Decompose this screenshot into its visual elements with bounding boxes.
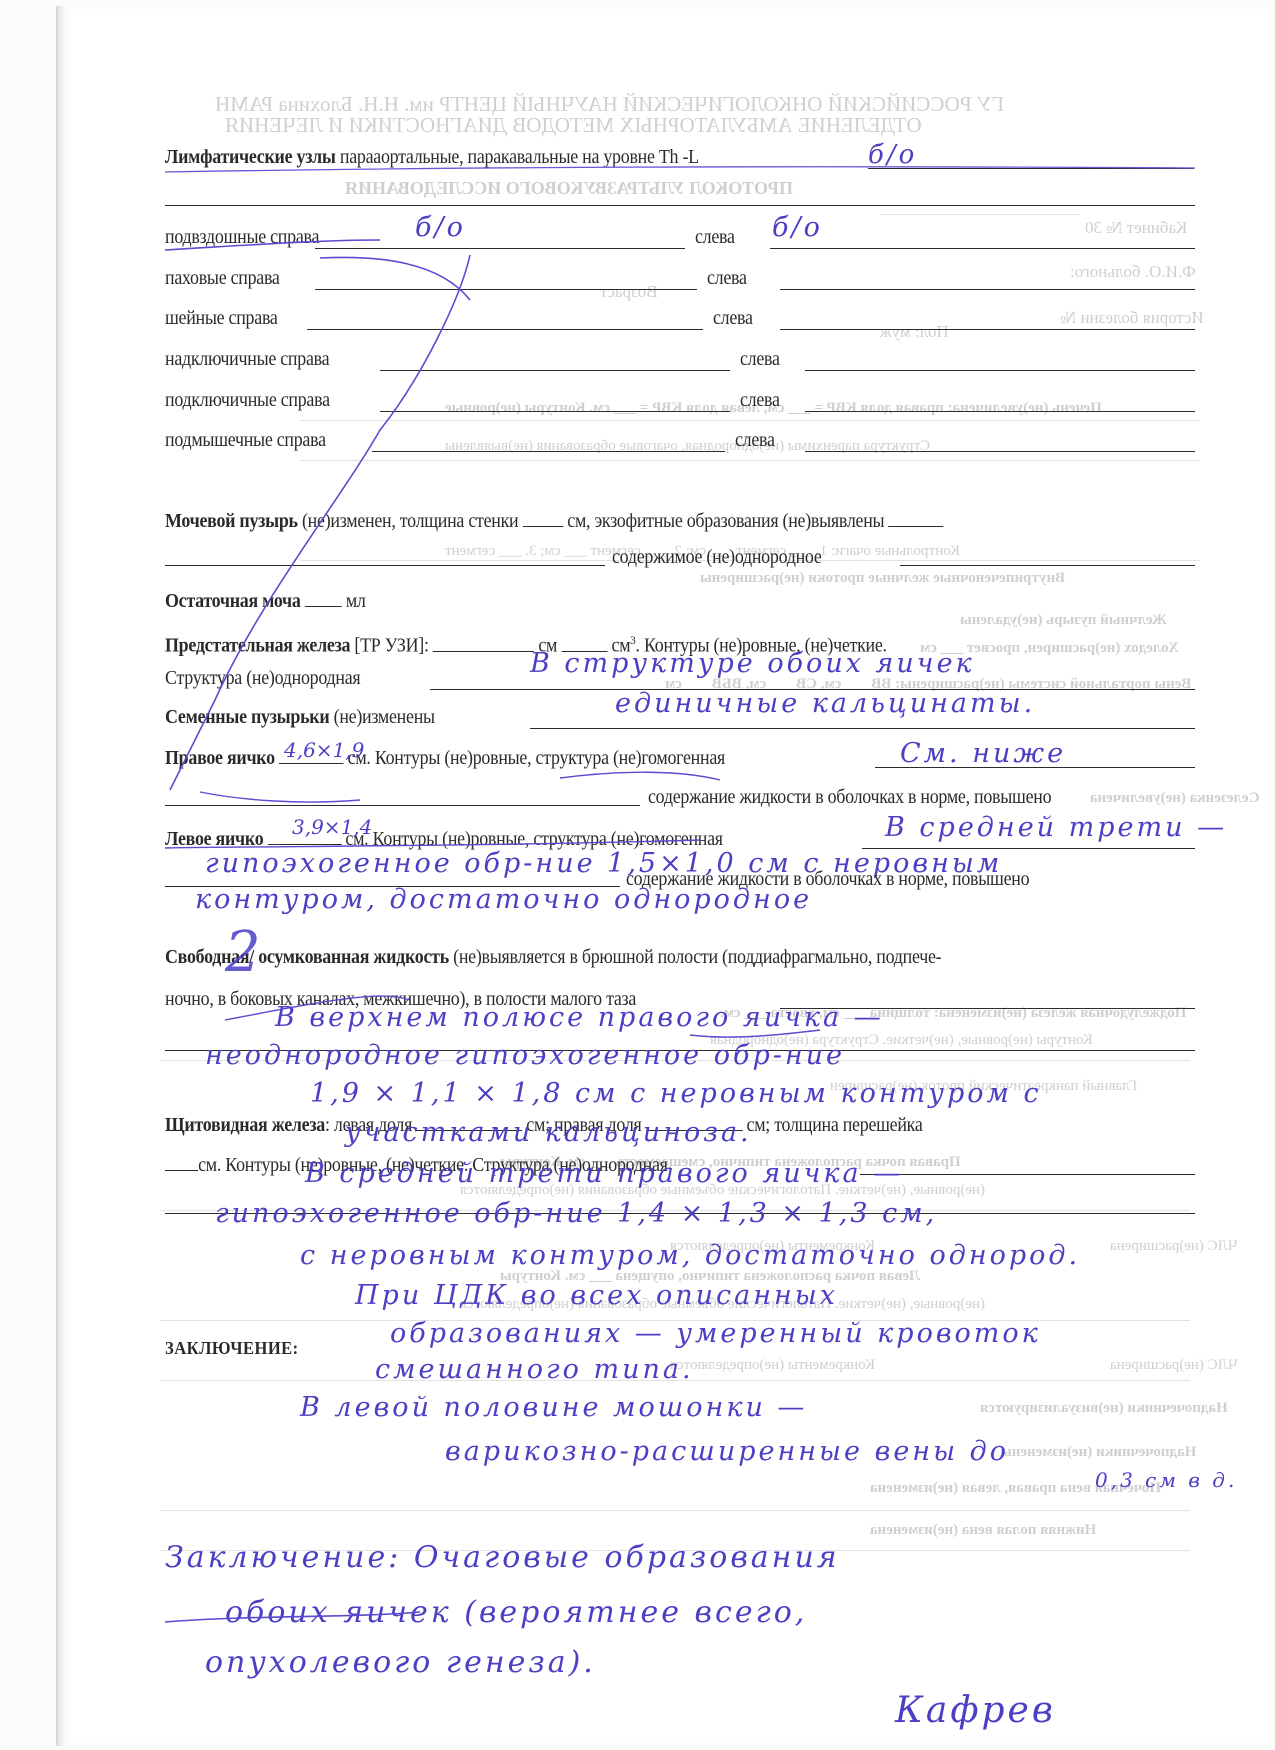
lymph-row: паховые справа [165, 267, 280, 291]
bleed-bile-ducts: Внутрипеченочные желчные протоки (не)рас… [700, 570, 1065, 587]
lymph-left-label: слева [707, 267, 747, 291]
lymph-left-field[interactable] [770, 248, 1195, 249]
lymph-nodes-text: парааортальные, паракавальные на уровне … [340, 147, 678, 168]
seminal-value: единичные кальцинаты. [615, 688, 1035, 719]
lymph-right-field[interactable] [315, 248, 685, 249]
handwritten-conclusion-line: обоих яичек (вероятнее всего, [225, 1595, 807, 1630]
bladder-row: Мочевой пузырь (не)изменен, толщина стен… [165, 508, 944, 534]
handwritten-line: В верхнем полюсе правого яичка — [275, 1002, 884, 1033]
handwritten-line: В средней трети правого яичка — [305, 1158, 903, 1189]
lymph-nodes-suffix: -L [682, 147, 698, 168]
structure-row: Структура (не)однородная [165, 667, 360, 691]
handwritten-conclusion-line: опухолевого генеза). [205, 1645, 596, 1680]
bladder-heading: Мочевой пузырь [165, 511, 298, 532]
right-testis-extra-field[interactable] [165, 805, 640, 806]
lymph-right-field[interactable] [315, 289, 697, 290]
left-testis-text: см. Контуры (не)ровные, структура (не)го… [345, 829, 722, 850]
thyroid-isthmus-field[interactable] [165, 1152, 198, 1171]
bleed-age: Возраст [600, 282, 658, 302]
lymph-left-field[interactable] [780, 289, 1195, 290]
lymph-left-field[interactable] [805, 451, 1195, 452]
lymph-row: подключичные справа [165, 389, 330, 413]
right-testis-value: См. ниже [900, 738, 1066, 769]
bleed-org-line2: ОТДЕЛЕНИЕ АМБУЛАТОРНЫХ МЕТОДОВ ДИАГНОСТИ… [225, 113, 922, 138]
bleed-parenchyma: Структура паренхимы (не)однородная, очаг… [445, 438, 930, 455]
lymph-left-label: слева [740, 348, 780, 372]
residual-urine-heading: Остаточная моча [165, 591, 301, 612]
thyroid-heading: Щитовидная железа [165, 1115, 325, 1136]
lymph-row-label: подключичные справа [165, 390, 330, 411]
lymph-level-value: б/о [868, 140, 917, 170]
lymph-nodes-heading: Лимфатические узлы [165, 147, 336, 168]
lymph-left-field[interactable] [780, 329, 1195, 330]
bleed-concrements-2: Конкременты (не)определяются [670, 1357, 875, 1374]
bleed-chls-1: ЧЛС (не)расширена [1110, 1238, 1238, 1255]
lymph-row-label: паховые справа [165, 268, 280, 289]
handwritten-line: В левой половине мошонки — [300, 1392, 807, 1423]
seminal-text: (не)изменены [334, 707, 435, 728]
residual-urine-field[interactable] [305, 588, 342, 607]
free-fluid-heading: Свободная/ осумкованная жидкость [165, 947, 449, 968]
handwritten-line: гипоэхогенное обр-ние 1,4 × 1,3 × 1,3 см… [215, 1198, 937, 1229]
lymph-row-label: шейные справа [165, 308, 278, 329]
handwritten-line: варикозно-расширенные вены до [445, 1436, 1009, 1467]
lymph-nodes-row: Лимфатические узлы парааортальные, парак… [165, 146, 699, 170]
prostate-size-field[interactable] [433, 633, 534, 652]
residual-urine-row: Остаточная моча мл [165, 588, 366, 614]
lymph-left-label: слева [695, 226, 735, 250]
right-testis-size: 4,6×1,9 [284, 738, 364, 762]
bleed-gallbladder: Желчный пузырь (не)удалены [960, 612, 1167, 629]
handwritten-conclusion-line: Заключение: Очаговые образования [165, 1540, 840, 1575]
right-testis-fluid: содержание жидкости в оболочках в норме,… [648, 786, 1051, 810]
left-testis-size: 3,9×1,4 [292, 815, 372, 839]
bleed-adrenal: Надпочечники (не)визуализируются [980, 1400, 1228, 1417]
prostate-heading: Предстательная железа [165, 636, 350, 657]
bleed-history: История болезни № [1060, 308, 1204, 328]
left-testis-heading: Левое яичко [165, 829, 263, 850]
handwritten-line: образованиях — умеренный кровоток [390, 1318, 1041, 1349]
bladder-exophytic-field[interactable] [889, 508, 944, 527]
lymph-right-field[interactable] [372, 451, 725, 452]
right-testis-row: Правое яичко см. Контуры (не)ровные, стр… [165, 745, 725, 771]
bleed-protocol-title: ПРОТОКОЛ УЛЬТРАЗВУКОВОГО ИССЛЕДОВАНИЯ [345, 178, 793, 199]
bladder-wall-field[interactable] [523, 508, 563, 527]
margin-mark: 2 [225, 920, 264, 985]
handwritten-line: участками кальциноза. [345, 1117, 752, 1148]
bleed-spleen: Селезенка (не)увеличена [1090, 790, 1260, 807]
lymph-left-label: слева [740, 389, 780, 413]
bladder-text: (не)изменен, толщина стенки [302, 511, 518, 532]
bleed-sex: Пол: муж [880, 322, 949, 342]
handwritten-line: с неровным контуром, достаточно однород. [300, 1240, 1080, 1271]
handwritten-line: 1,9 × 1,1 × 1,8 см с неровным контуром с [310, 1078, 1042, 1109]
lymph-row-label: подвздошные справа [165, 227, 319, 248]
conclusion-label: ЗАКЛЮЧЕНИЕ: [165, 1336, 299, 1360]
bladder-extra-field[interactable] [165, 565, 605, 566]
bladder-content-label: содержимое (не)однородное [612, 546, 822, 570]
free-fluid-text: (не)выявляется в брюшной полости (поддиа… [453, 947, 941, 968]
lymph-right-value: б/о [415, 212, 466, 243]
lymph-left-field[interactable] [805, 370, 1195, 371]
thyroid-structure-field[interactable] [860, 1174, 1195, 1175]
handwritten-line: При ЦДК во всех описанных [355, 1280, 838, 1311]
lymph-row-label: надключичные справа [165, 349, 329, 370]
lymph-row: надключичные справа [165, 348, 329, 372]
lymph-right-field[interactable] [380, 411, 730, 412]
doctor-signature: Кафрев [895, 1690, 1056, 1731]
seminal-row: Семенные пузырьки (не)изменены [165, 706, 435, 730]
lymph-row: подвздошные справа [165, 226, 319, 250]
lymph-left-label: слева [713, 307, 753, 331]
prostate-text: [ТР УЗИ]: [354, 636, 428, 657]
free-fluid-row: Свободная/ осумкованная жидкость (не)выя… [165, 946, 941, 970]
seminal-heading: Семенные пузырьки [165, 707, 329, 728]
residual-urine-unit: мл [346, 591, 366, 612]
bleed-adrenal-2: Надпочечники (не)изменены [1000, 1444, 1196, 1461]
bleed-ivc: Нижняя полая вена (не)изменена [870, 1522, 1096, 1539]
handwritten-line: неоднородное гипоэхогенное обр-ние [205, 1040, 845, 1071]
left-testis-value: В средней трети — [885, 812, 1227, 843]
bleed-chls-2: ЧЛС (не)расширена [1110, 1357, 1238, 1374]
right-testis-heading: Правое яичко [165, 748, 275, 769]
bleed-cabinet: Кабинет № 30 [1085, 218, 1187, 238]
bleed-patient-name: Ф.И.О. больного: [1070, 262, 1196, 282]
lymph-left-label: слева [735, 429, 775, 453]
lymph-left-field[interactable] [805, 411, 1195, 412]
bladder-content-field[interactable] [900, 565, 1195, 566]
right-testis-text: см. Контуры (не)ровные, структура (не)го… [348, 748, 725, 769]
lymph-row: шейные справа [165, 307, 278, 331]
lymph-extra-field[interactable] [165, 205, 1195, 206]
thyroid-isthmus-label: см; толщина перешейка [747, 1115, 923, 1136]
lymph-row: подмышечные справа [165, 429, 326, 453]
handwritten-line: 0,3 см в д. [1095, 1468, 1237, 1492]
structure-value: В структуре обоих яичек [530, 648, 975, 679]
seminal-field[interactable] [530, 728, 1195, 729]
lymph-right-field[interactable] [380, 370, 730, 371]
handwritten-line: смешанного типа. [375, 1354, 694, 1385]
bladder-text-2: см, экзофитные образования (не)выявлены [567, 511, 884, 532]
lymph-left-value: б/о [772, 212, 823, 243]
lymph-row-label: подмышечные справа [165, 430, 326, 451]
lymph-right-field[interactable] [307, 329, 703, 330]
structure-label: Структура (не)однородная [165, 668, 360, 689]
left-testis-value-3: контуром, достаточно однородное [195, 884, 812, 915]
